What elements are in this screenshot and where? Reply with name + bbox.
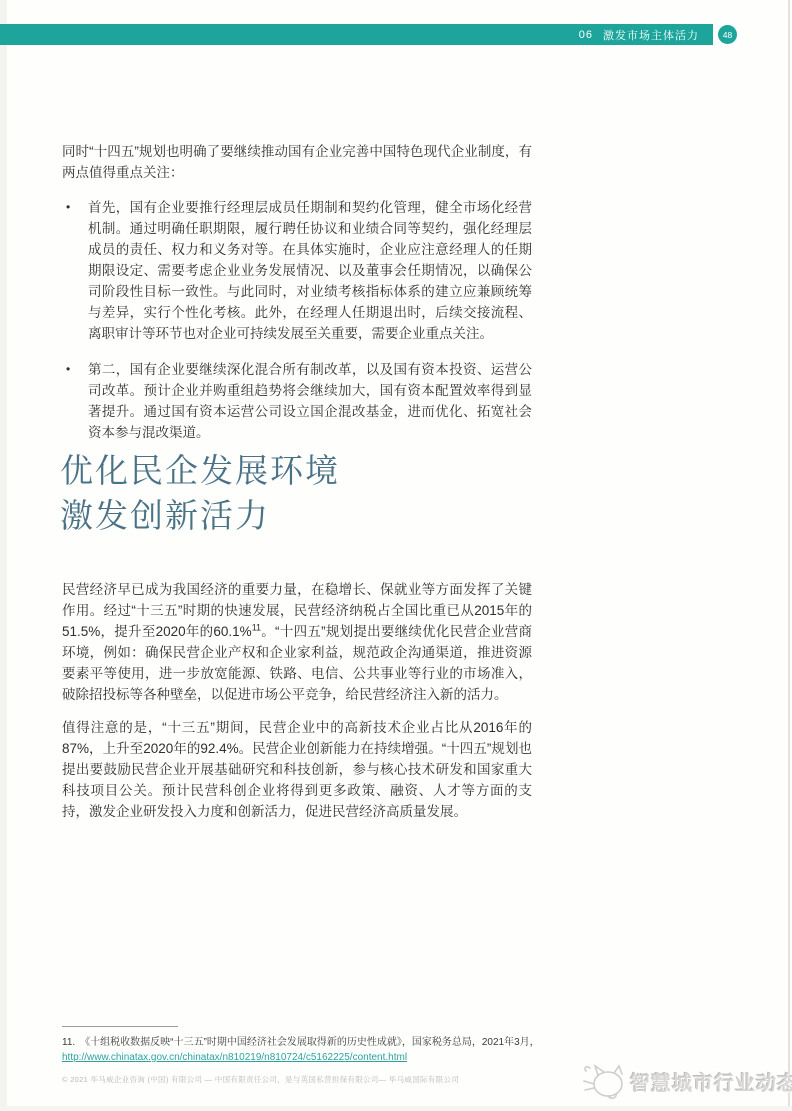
paragraph-innovation: 值得注意的是，“十三五”期间，民营企业中的高新技术企业占比从2016年的87%，… [62, 717, 532, 822]
page-number: 48 [723, 30, 732, 40]
section-header-bar: 06 激发市场主体活力 [0, 24, 713, 45]
bullet-list: • 首先，国有企业要推行经理层成员任期制和契约化管理，健全市场化经营机制。通过明… [62, 197, 532, 458]
bullet-text-1: 首先，国有企业要推行经理层成员任期制和契约化管理，健全市场化经营机制。通过明确任… [88, 197, 532, 344]
document-page: 06 激发市场主体活力 48 同时“十四五”规划也明确了要继续推动国有企业完善中… [0, 0, 792, 1111]
footnote: 11.《十组税收数据反映“十三五”时期中国经济社会发展取得新的历史性成就》，国家… [62, 1035, 592, 1065]
page-edge-right [788, 0, 790, 1111]
intro-paragraph: 同时“十四五”规划也明确了要继续推动国有企业完善中国特色现代企业制度，有两点值得… [62, 141, 532, 183]
watermark-cat-logo-icon [578, 1057, 630, 1105]
section-title: 激发市场主体活力 [603, 27, 699, 43]
footnote-divider [62, 1026, 178, 1027]
page-number-badge: 48 [718, 25, 737, 44]
paragraph-private-economy: 民营经济早已成为我国经济的重要力量，在稳增长、保就业等方面发挥了关键作用。经过“… [62, 579, 532, 705]
footnote-link[interactable]: http://www.chinatax.gov.cn/chinatax/n810… [62, 1052, 407, 1063]
page-title: 优化民企发展环境 激发创新活力 [60, 448, 580, 538]
bullet-icon: • [62, 359, 88, 443]
copyright-footer: © 2021 毕马威企业咨询 (中国) 有限公司 — 中国有限责任公司，是与英国… [62, 1074, 582, 1085]
footnote-number: 11. [62, 1037, 75, 1048]
page-edge-left [0, 0, 7, 1111]
watermark-text: 智慧城市行业动态 [630, 1067, 792, 1096]
page-title-line1: 优化民企发展环境 [60, 448, 580, 493]
watermark: 智慧城市行业动态 [578, 1055, 783, 1107]
bullet-icon: • [62, 197, 88, 344]
section-number: 06 [579, 29, 593, 41]
list-item: • 第二，国有企业要继续深化混合所有制改革，以及国有资本投资、运营公司改革。预计… [62, 359, 532, 443]
list-item: • 首先，国有企业要推行经理层成员任期制和契约化管理，健全市场化经营机制。通过明… [62, 197, 532, 344]
page-title-line2: 激发创新活力 [60, 493, 580, 538]
bullet-text-2: 第二，国有企业要继续深化混合所有制改革，以及国有资本投资、运营公司改革。预计企业… [88, 359, 532, 443]
footnote-ref-11: 11 [252, 623, 261, 633]
footnote-text: 《十组税收数据反映“十三五”时期中国经济社会发展取得新的历史性成就》，国家税务总… [80, 1037, 539, 1048]
